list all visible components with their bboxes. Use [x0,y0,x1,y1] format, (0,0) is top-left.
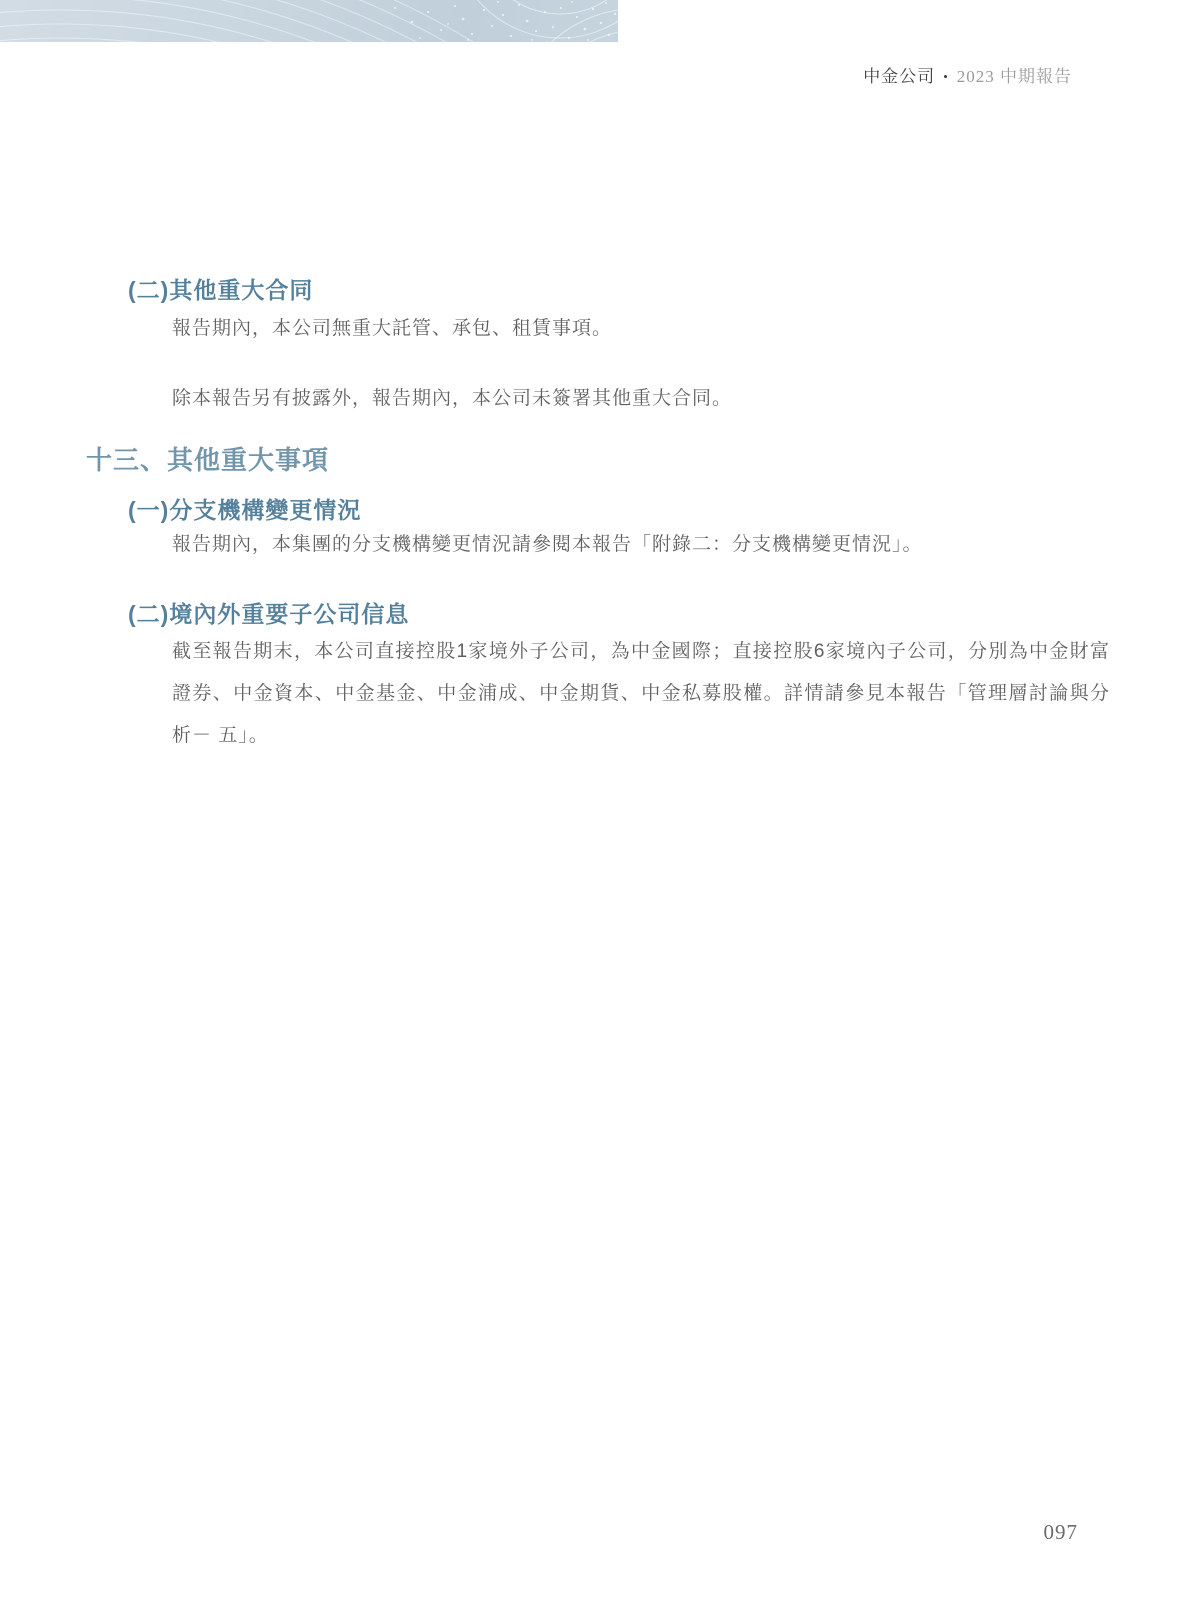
subsection-heading-other-major-contracts: (二)其他重大合同 [128,272,313,305]
paragraph-no-major-custody: 報告期內，本公司無重大託管、承包、租賃事項。 [172,316,612,342]
report-page: 中金公司•2023 中期報告 (二)其他重大合同 報告期內，本公司無重大託管、承… [0,0,1190,1615]
separator-dot-icon: • [935,69,957,84]
banner-decoration [0,0,618,42]
subsection-heading-branch-changes: (一)分支機構變更情況 [128,492,361,525]
paragraph-subsidiaries-detail: 截至報告期末，本公司直接控股1家境外子公司，為中金國際；直接控股6家境內子公司，… [172,631,1110,757]
running-header: 中金公司•2023 中期報告 [863,62,1072,87]
paragraph-branch-changes-reference: 報告期內，本集團的分支機構變更情況請參閱本報告「附錄二：分支機構變更情況」。 [172,532,923,558]
page-number: 097 [1044,1520,1079,1545]
company-name: 中金公司 [863,67,935,86]
banner-wave-pattern-icon [0,0,618,42]
section-heading-other-major-matters: 十三、其他重大事項 [86,440,329,477]
subsection-heading-major-subsidiaries: (二)境內外重要子公司信息 [128,596,409,629]
report-edition: 2023 中期報告 [957,67,1072,86]
paragraph-no-other-contracts: 除本報告另有披露外，報告期內，本公司未簽署其他重大合同。 [172,386,732,412]
